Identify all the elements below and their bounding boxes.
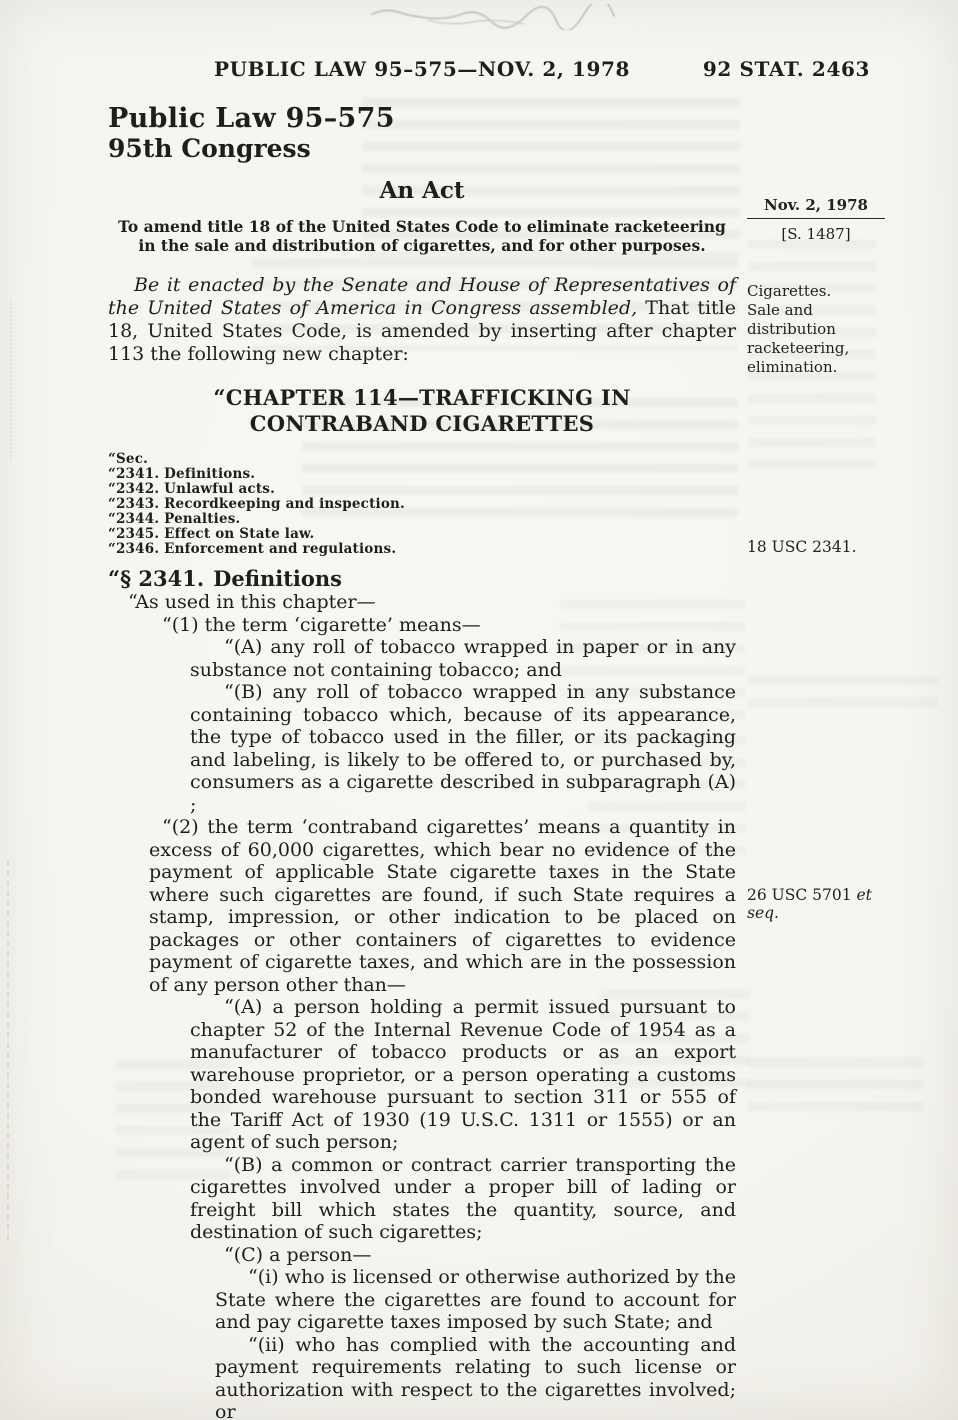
bleedthrough-artifact <box>748 1058 923 1120</box>
section-toc-item: “Sec. <box>108 452 736 467</box>
section-toc-item: “2341. Definitions. <box>108 467 736 482</box>
bleedthrough-artifact <box>748 676 938 720</box>
section-heading: “§ 2341.Definitions <box>108 566 736 591</box>
scan-edge-artifact <box>7 860 9 1240</box>
statute-paragraph: “(A) a person holding a permit issued pu… <box>108 996 736 1154</box>
statute-paragraph: “(C) a person— <box>108 1244 736 1267</box>
section-toc-item: “2343. Recordkeeping and inspection. <box>108 497 736 512</box>
margin-note-subject: Cigarettes. Sale and distribution racket… <box>747 282 872 377</box>
scan-smudge-artifact <box>368 4 618 30</box>
section-toc-item: “2345. Effect on State law. <box>108 527 736 542</box>
scan-edge-artifact <box>10 300 12 460</box>
statute-paragraph: “(1) the term ‘cigarette’ means— <box>108 614 736 637</box>
section-toc-item: “2346. Enforcement and regulations. <box>108 542 736 557</box>
running-header-title: PUBLIC LAW 95–575—NOV. 2, 1978 <box>108 57 736 81</box>
section-number: “§ 2341. <box>108 566 204 591</box>
section-toc-item: “2342. Unlawful acts. <box>108 482 736 497</box>
an-act-heading: An Act <box>108 177 736 204</box>
statute-paragraph: “(2) the term ‘contraband cigarettes’ me… <box>108 816 736 996</box>
section-toc: “Sec. “2341. Definitions. “2342. Unlawfu… <box>108 452 736 557</box>
statute-paragraph: “As used in this chapter— <box>108 591 736 614</box>
margin-note-subject-line: distribution <box>747 320 872 339</box>
congress-heading: 95th Congress <box>108 134 736 164</box>
margin-note-date: Nov. 2, 1978 <box>747 196 885 219</box>
margin-note-subject-line: Cigarettes. <box>747 282 872 301</box>
statute-paragraph: “(A) any roll of tobacco wrapped in pape… <box>108 636 736 681</box>
margin-note-usc-5701: 26 USC 5701 et seq. <box>747 886 887 922</box>
margin-note-usc-5701-roman: 26 USC 5701 <box>747 886 857 904</box>
running-header: PUBLIC LAW 95–575—NOV. 2, 1978 92 STAT. … <box>108 57 870 83</box>
act-purpose: To amend title 18 of the United States C… <box>114 217 730 255</box>
statute-page-number: 92 STAT. 2463 <box>703 57 870 81</box>
statute-paragraph: “(ii) who has complied with the accounti… <box>108 1334 736 1420</box>
margin-note-bill-number: [S. 1487] <box>747 225 885 243</box>
statute-paragraph: “(i) who is licensed or otherwise author… <box>108 1266 736 1334</box>
statute-page: PUBLIC LAW 95–575—NOV. 2, 1978 92 STAT. … <box>0 0 958 1420</box>
statute-paragraph: “(B) a common or contract carrier transp… <box>108 1154 736 1244</box>
enacting-clause: Be it enacted by the Senate and House of… <box>108 274 736 366</box>
section-title: Definitions <box>213 566 342 591</box>
margin-note-subject-line: Sale and <box>747 301 872 320</box>
margin-note-usc-2341: 18 USC 2341. <box>747 538 885 556</box>
law-number-heading: Public Law 95–575 <box>108 103 736 134</box>
statute-paragraph: “(B) any roll of tobacco wrapped in any … <box>108 681 736 816</box>
section-toc-item: “2344. Penalties. <box>108 512 736 527</box>
main-text-column: Public Law 95–575 95th Congress An Act T… <box>108 103 736 1420</box>
margin-note-subject-line: racketeering, <box>747 339 872 358</box>
margin-note-subject-line: elimination. <box>747 358 872 377</box>
chapter-heading: “CHAPTER 114—TRAFFICKING IN CONTRABAND C… <box>148 385 696 437</box>
